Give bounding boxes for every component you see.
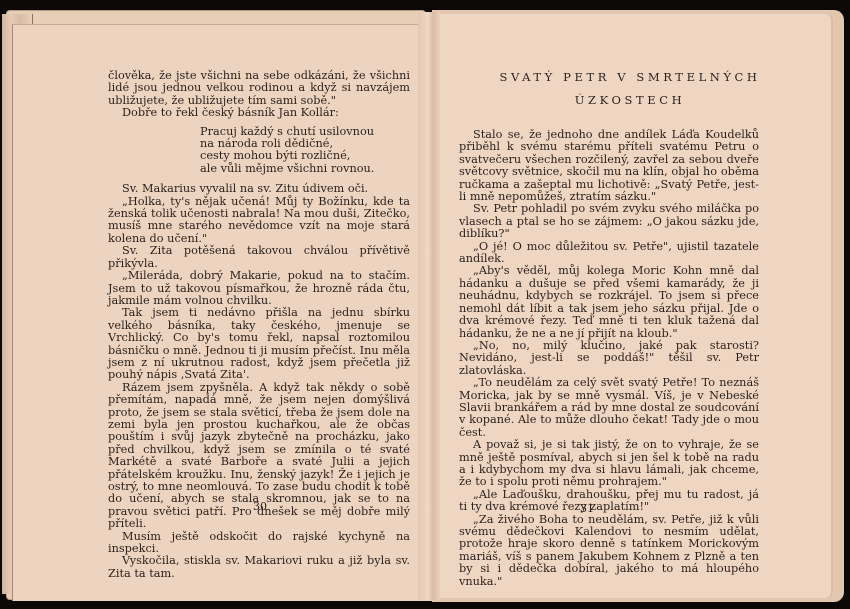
paragraph: „No, no, milý klučino, jaké pak starosti…	[459, 340, 759, 377]
page-number-left: 30	[253, 500, 267, 513]
paragraph: „Mileráda, dobrý Makarie, pokud na to st…	[108, 270, 410, 307]
page-number-right: 31	[580, 502, 594, 515]
paragraph: „To neudělám za celý svět svatý Petře! T…	[459, 377, 759, 439]
right-page-text: Stalo se, že jednoho dne andílek Láďa Ko…	[459, 129, 759, 588]
book-gutter	[418, 12, 440, 600]
paragraph: Dobře to řekl český básník Jan Kollár:	[108, 107, 410, 119]
paragraph: A považ si, je si tak jistý, že on to vy…	[459, 439, 759, 489]
paragraph: „O jé! O moc důležitou sv. Petře", ujist…	[459, 241, 759, 266]
paragraph: Stalo se, že jednoho dne andílek Láďa Ko…	[459, 129, 759, 203]
poem: Pracuj každý s chutí usilovnou na národa…	[200, 126, 410, 176]
paragraph: „Ale Laďoušku, drahoušku, přej mu tu rad…	[459, 489, 759, 514]
paragraph: Tak jsem ti nedávno přišla na jednu sbír…	[108, 307, 410, 381]
paragraph: „Za živého Boha to neudělám, sv. Petře, …	[459, 514, 759, 588]
open-book: člověka, že jste všichni na sebe odkázán…	[0, 0, 850, 609]
paragraph: Musím ještě odskočit do rajské kychyně n…	[108, 531, 410, 556]
paragraph: Sv. Zita potěšená takovou chválou přívět…	[108, 245, 410, 270]
paragraph: „Holka, ty's nějak učená! Můj ty Božínku…	[108, 196, 410, 246]
paragraph: Vyskočila, stiskla sv. Makariovi ruku a …	[108, 555, 410, 580]
paragraph: člověka, že jste všichni na sebe odkázán…	[108, 70, 410, 107]
poem-line: cesty mohou býti rozličné,	[200, 150, 410, 162]
paragraph: „Aby's věděl, můj kolega Moric Kohn mně …	[459, 265, 759, 339]
chapter-title-line1: SVATÝ PETR V SMRTELNÝCH	[440, 70, 820, 84]
poem-line: ale vůli mějme všichni rovnou.	[200, 163, 410, 175]
paragraph: Sv. Makarius vyvalil na sv. Zitu údivem …	[108, 183, 410, 195]
chapter-title-line2: ÚZKOSTECH	[440, 93, 820, 107]
paragraph: Sv. Petr pohladil po svém zvyku svého mi…	[459, 203, 759, 240]
